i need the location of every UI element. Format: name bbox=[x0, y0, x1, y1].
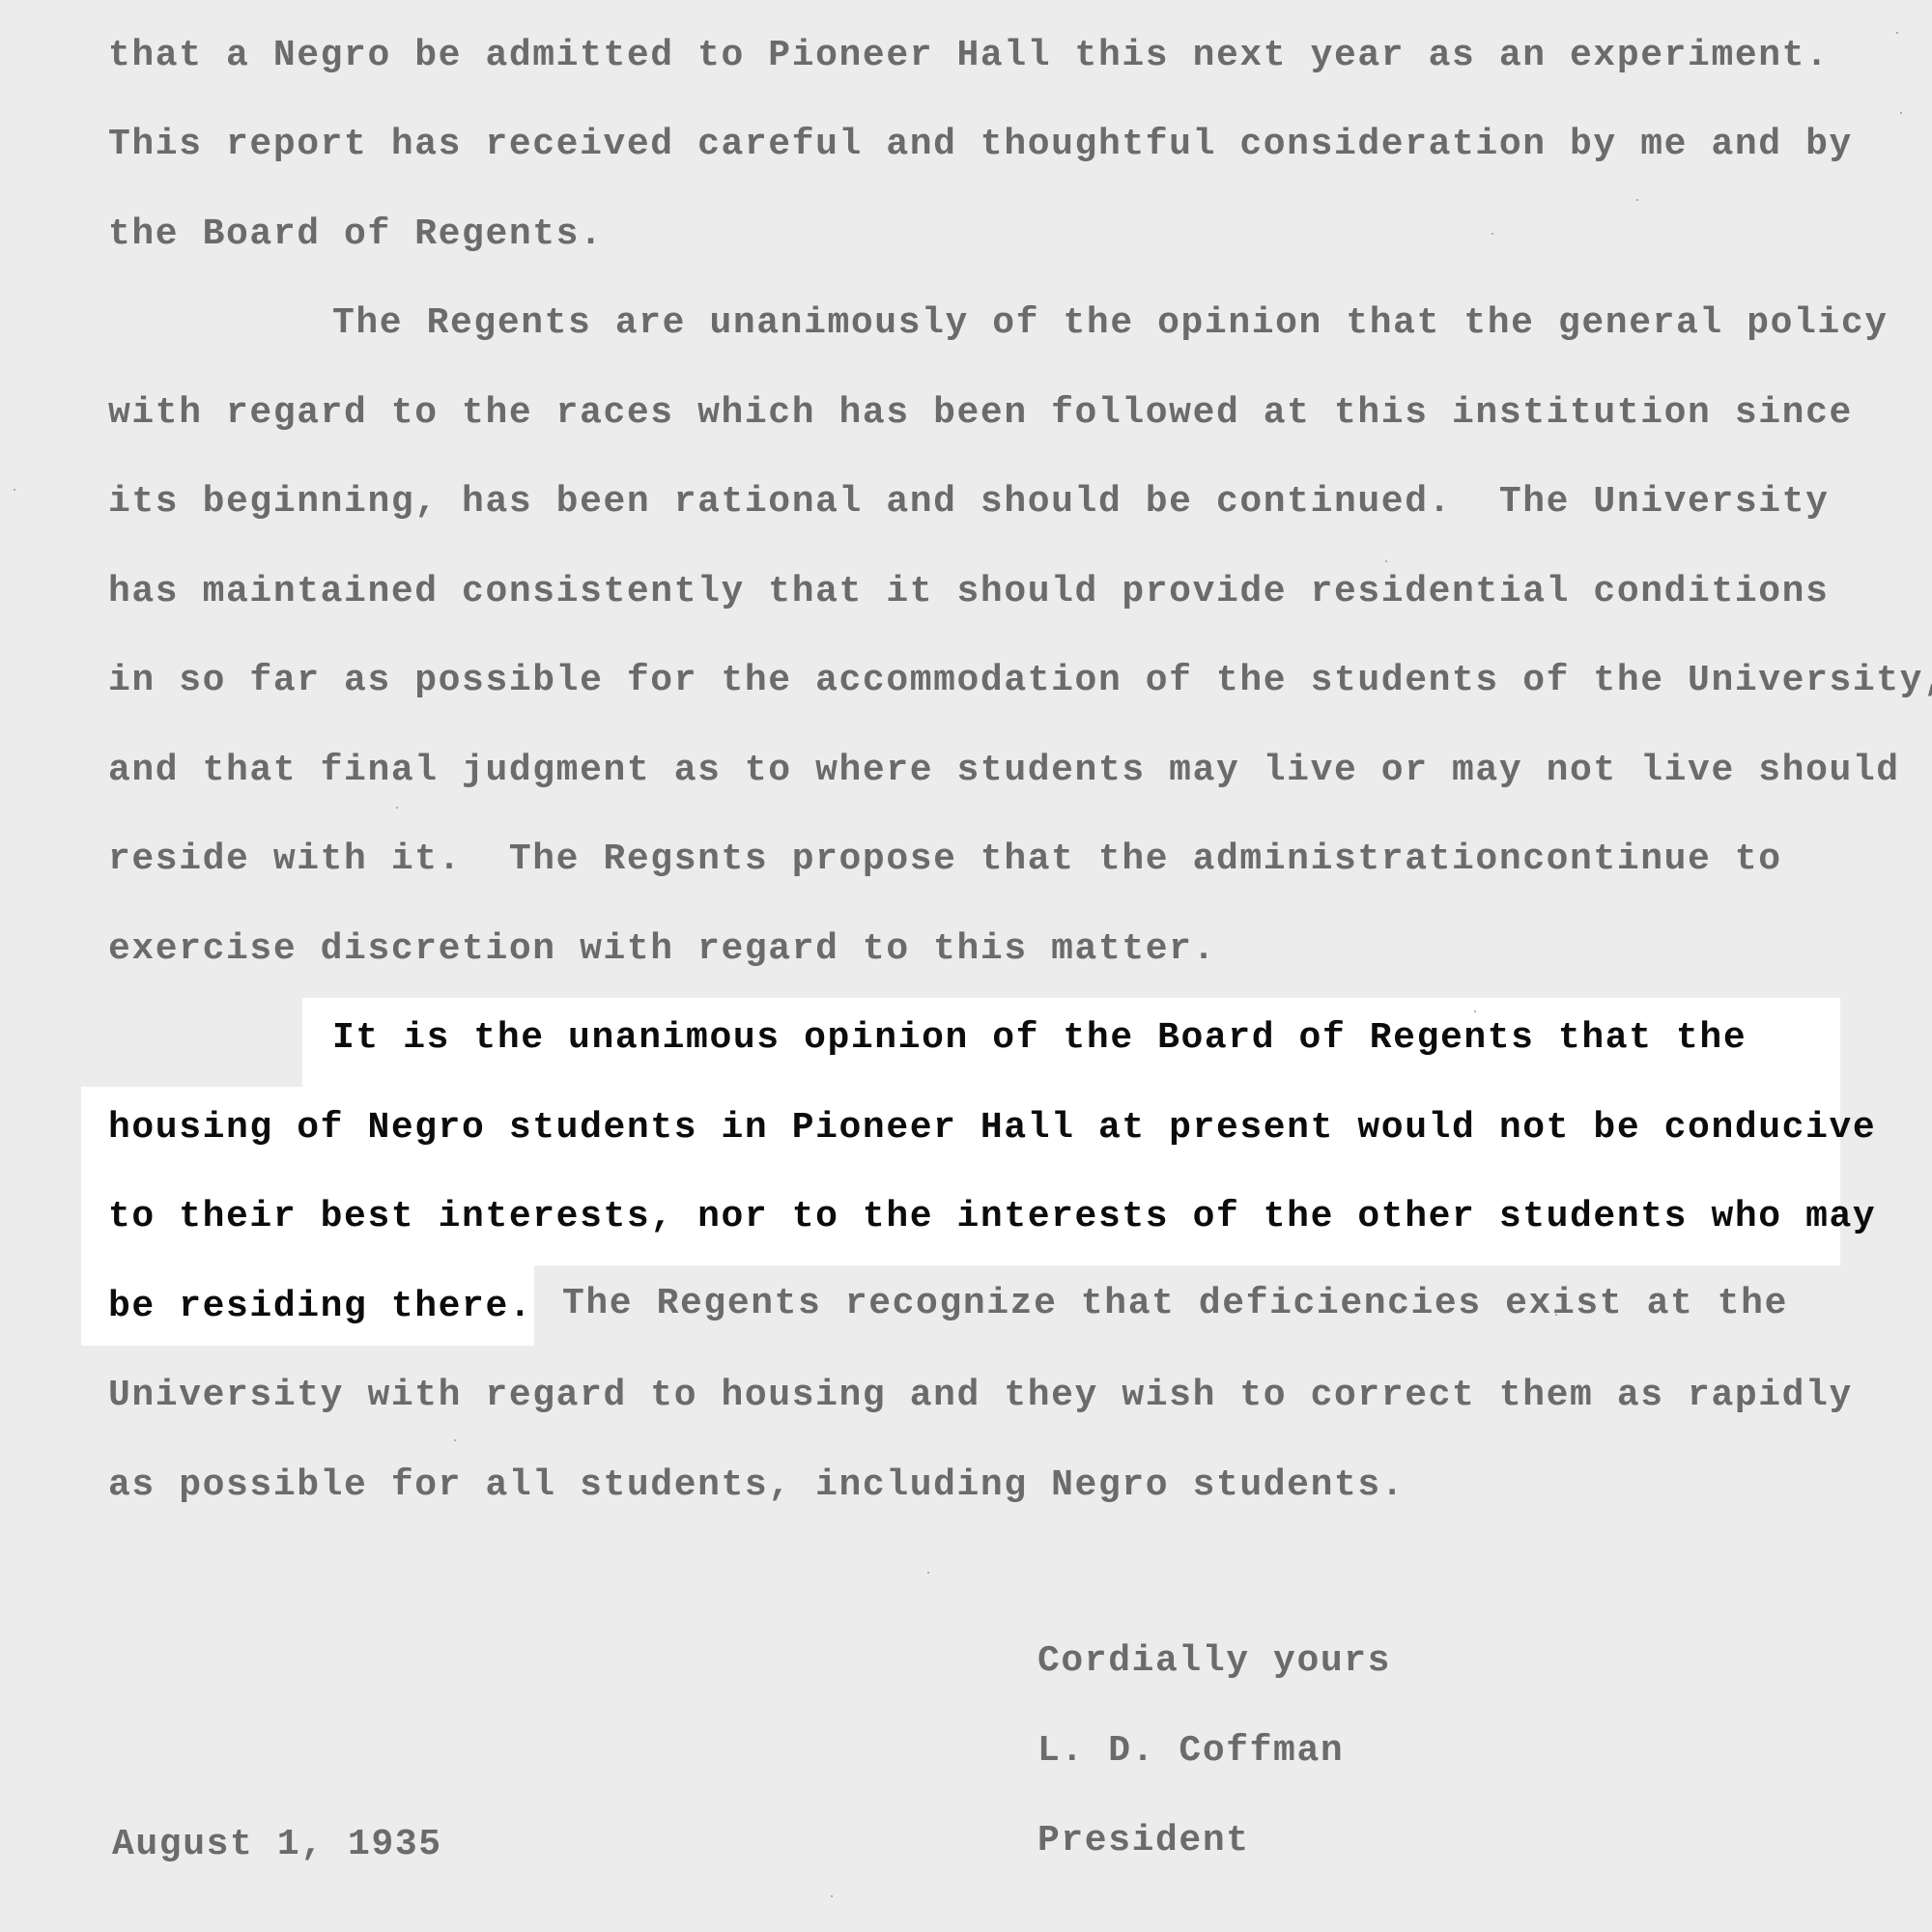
text-line: that a Negro be admitted to Pioneer Hall… bbox=[108, 33, 1829, 79]
closing-salutation: Cordially yours bbox=[1037, 1638, 1391, 1685]
scan-speck bbox=[1474, 1010, 1476, 1012]
scan-speck bbox=[1636, 199, 1638, 201]
scan-speck bbox=[454, 1439, 456, 1441]
scan-speck bbox=[927, 1572, 929, 1574]
text-line: as possible for all students, including … bbox=[108, 1463, 1405, 1509]
signatory-title: President bbox=[1037, 1818, 1250, 1864]
text-line: has maintained consistently that it shou… bbox=[108, 569, 1829, 615]
scan-speck bbox=[1900, 112, 1902, 114]
text-line: exercise discretion with regard to this … bbox=[108, 926, 1216, 973]
text-line: University with regard to housing and th… bbox=[108, 1373, 1853, 1419]
text-line: its beginning, has been rational and sho… bbox=[108, 479, 1829, 526]
text-line: The Regents recognize that deficiencies … bbox=[562, 1281, 1788, 1327]
highlighted-text-line: It is the unanimous opinion of the Board… bbox=[332, 1015, 1747, 1062]
signatory-name: L. D. Coffman bbox=[1037, 1728, 1344, 1775]
scan-speck bbox=[1385, 560, 1387, 562]
scan-speck bbox=[1896, 32, 1898, 34]
scan-speck bbox=[396, 807, 398, 809]
text-line: The Regents are unanimously of the opini… bbox=[332, 300, 1889, 347]
highlighted-text-line: housing of Negro students in Pioneer Hal… bbox=[108, 1105, 1876, 1151]
text-line: This report has received careful and tho… bbox=[108, 122, 1853, 168]
document-page: that a Negro be admitted to Pioneer Hall… bbox=[0, 0, 1932, 1932]
text-line: reside with it. The Regsnts propose that… bbox=[108, 837, 1782, 883]
document-date: August 1, 1935 bbox=[112, 1822, 442, 1868]
text-line: the Board of Regents. bbox=[108, 212, 603, 258]
highlighted-text-line: be residing there. bbox=[108, 1284, 532, 1330]
scan-speck bbox=[1555, 1314, 1557, 1316]
scan-speck bbox=[14, 489, 15, 491]
text-line: with regard to the races which has been … bbox=[108, 390, 1853, 437]
scan-speck bbox=[831, 1895, 833, 1897]
text-line: and that final judgment as to where stud… bbox=[108, 748, 1900, 794]
text-line: in so far as possible for the accommodat… bbox=[108, 658, 1932, 704]
scan-speck bbox=[1492, 233, 1493, 235]
highlighted-text-line: to their best interests, nor to the inte… bbox=[108, 1194, 1876, 1240]
